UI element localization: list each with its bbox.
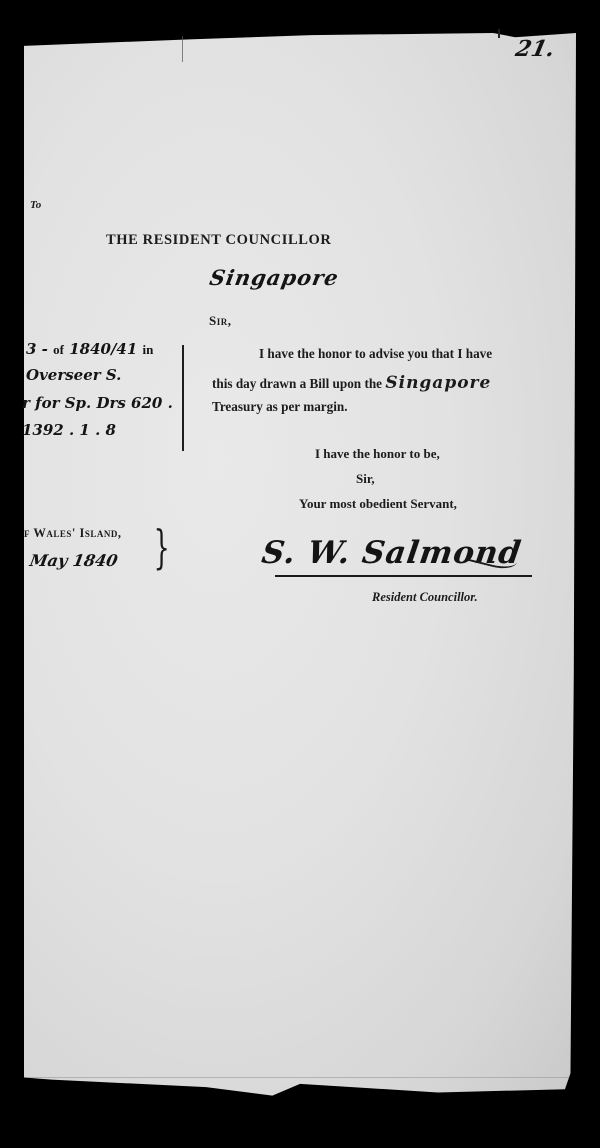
margin-number: 3 -	[26, 340, 48, 358]
signature-underline	[275, 575, 532, 577]
margin-printed-in: in	[143, 342, 154, 357]
body-line-3: Treasury as per margin.	[212, 399, 348, 415]
folio-number: 21.	[513, 36, 557, 62]
margin-divider	[182, 345, 184, 451]
addressee-place: Singapore	[208, 265, 341, 290]
greeting: Sir,	[209, 313, 231, 329]
margin-line-1: 3 - of 1840/41 in	[26, 340, 153, 358]
signatory-title: Resident Councillor.	[372, 590, 478, 605]
closing-line-1: I have the honor to be,	[315, 446, 440, 462]
body-line-2: this day drawn a Bill upon the Singapore	[212, 373, 491, 393]
to-label: To	[30, 199, 41, 211]
treasury-place: Singapore	[385, 373, 491, 393]
margin-line-4: 1392 . 1 . 8	[22, 421, 116, 439]
brace-symbol: }	[154, 524, 170, 570]
body-line-2-text: this day drawn a Bill upon the	[212, 376, 382, 391]
margin-year: 1840/41	[69, 340, 137, 358]
body-line-1: I have the honor to advise you that I ha…	[259, 346, 492, 362]
date-handwritten: May 1840	[28, 551, 119, 570]
ink-mark	[498, 29, 500, 38]
location-line: f Wales' Island,	[24, 526, 122, 541]
margin-printed-of: of	[53, 342, 64, 357]
addressee-title: THE RESIDENT COUNCILLOR	[106, 232, 331, 249]
paper-crease	[182, 36, 183, 62]
closing-line-2: Sir,	[356, 471, 375, 487]
margin-line-2: Overseer S.	[26, 366, 121, 384]
margin-line-3: r for Sp. Drs 620 .	[22, 394, 173, 412]
closing-line-3: Your most obedient Servant,	[299, 496, 457, 512]
